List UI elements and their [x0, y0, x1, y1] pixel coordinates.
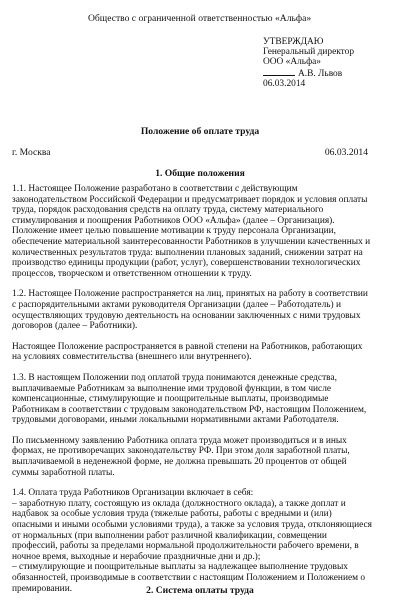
paragraph-1-3: 1.3. В настоящем Положении под оплатой т…	[12, 373, 372, 426]
approval-date: 06.03.2014	[263, 79, 354, 89]
approval-label: УТВЕРЖДАЮ	[263, 37, 354, 47]
signature-line	[263, 67, 295, 76]
paragraph-1-4: 1.4. Оплата труда Работников Организации…	[12, 488, 372, 499]
organization-name: Общество с ограниченной ответственностью…	[88, 14, 311, 25]
section-heading-2: 2. Система оплаты труда	[0, 586, 400, 597]
approval-company: ООО «Альфа»	[263, 57, 354, 67]
section-heading-1: 1. Общие положения	[0, 169, 400, 180]
paragraph-1-2-extra: Настоящее Положение распространяется в р…	[12, 342, 372, 363]
document-title: Положение об оплате труда	[0, 127, 400, 138]
approval-block: УТВЕРЖДАЮ Генеральный директор ООО «Альф…	[263, 37, 354, 89]
approval-position: Генеральный директор	[263, 47, 354, 57]
approval-signature-row: А.В. Львов	[263, 67, 354, 79]
approval-signer: А.В. Львов	[298, 69, 342, 79]
paragraph-1-1: 1.1. Настоящее Положение разработано в с…	[12, 184, 372, 279]
paragraph-1-2: 1.2. Настоящее Положение распространяетс…	[12, 289, 372, 331]
section-1-body: 1.1. Настоящее Положение разработано в с…	[12, 184, 372, 594]
list-item-salary: – заработную плату, состоящую из оклада …	[12, 499, 372, 563]
paragraph-1-3-extra: По письменному заявлению Работника оплат…	[12, 436, 372, 478]
document-city: г. Москва	[12, 148, 51, 159]
document-date: 06.03.2014	[325, 148, 368, 159]
